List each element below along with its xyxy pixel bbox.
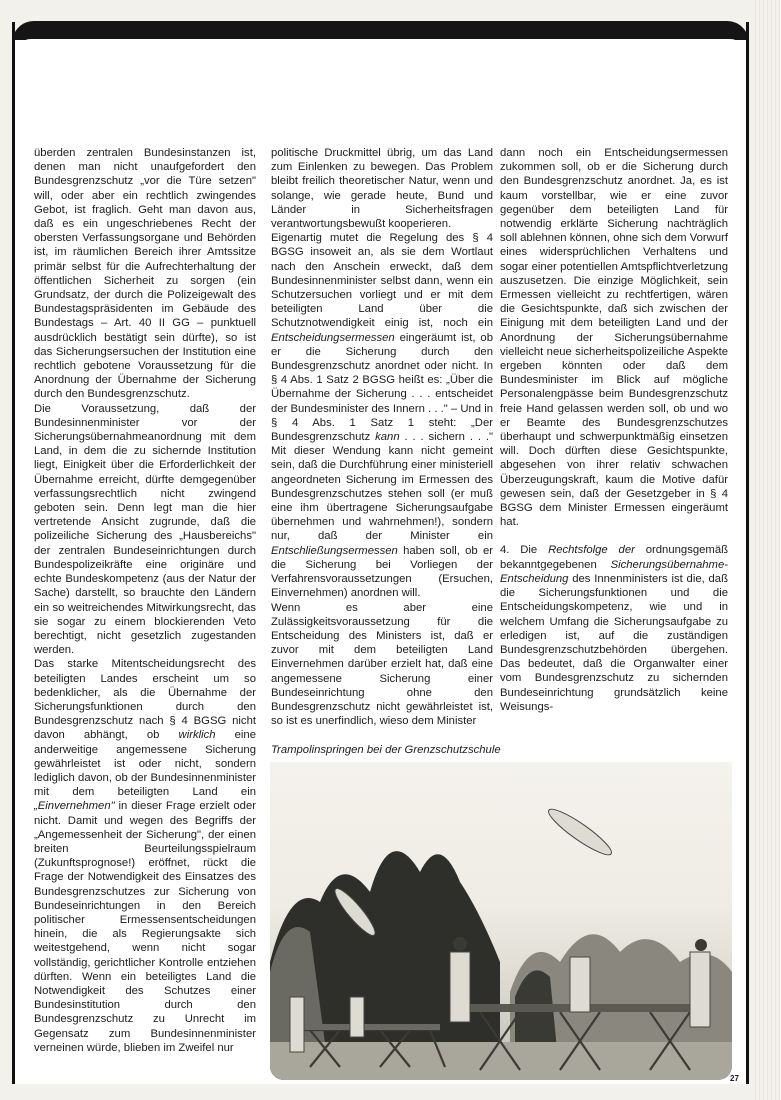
- text-column-right: dann noch ein Entscheidungsermessen zuko…: [500, 146, 728, 714]
- page-number: 27: [730, 1074, 739, 1083]
- scan-edge: [752, 0, 781, 1100]
- paragraph: politische Druckmittel übrig, um das Lan…: [271, 146, 493, 231]
- paragraph: Eigenartig mutet die Regelung des § 4 BG…: [271, 231, 493, 600]
- photo-illustration: [270, 762, 732, 1080]
- text-column-left: überden zentralen Bundesinstanzen ist, d…: [34, 146, 256, 1055]
- paragraph: Die Voraussetzung, daß der Bundesinnenmi…: [34, 402, 256, 658]
- paragraph-section-4: 4. Die Rechtsfolge der ordnungsgemäß bek…: [500, 543, 728, 713]
- paragraph: dann noch ein Entscheidungsermessen zuko…: [500, 146, 728, 529]
- paragraph: Das starke Mitentscheidungsrecht des bet…: [34, 657, 256, 1055]
- figure-caption: Trampolinspringen bei der Grenzschutzsch…: [271, 744, 501, 756]
- text-column-middle: politische Druckmittel übrig, um das Lan…: [271, 146, 493, 728]
- paragraph: überden zentralen Bundesinstanzen ist, d…: [34, 146, 256, 402]
- paragraph: Wenn es aber eine Zulässigkeitsvorausset…: [271, 601, 493, 729]
- trampoline-photo: [270, 762, 732, 1080]
